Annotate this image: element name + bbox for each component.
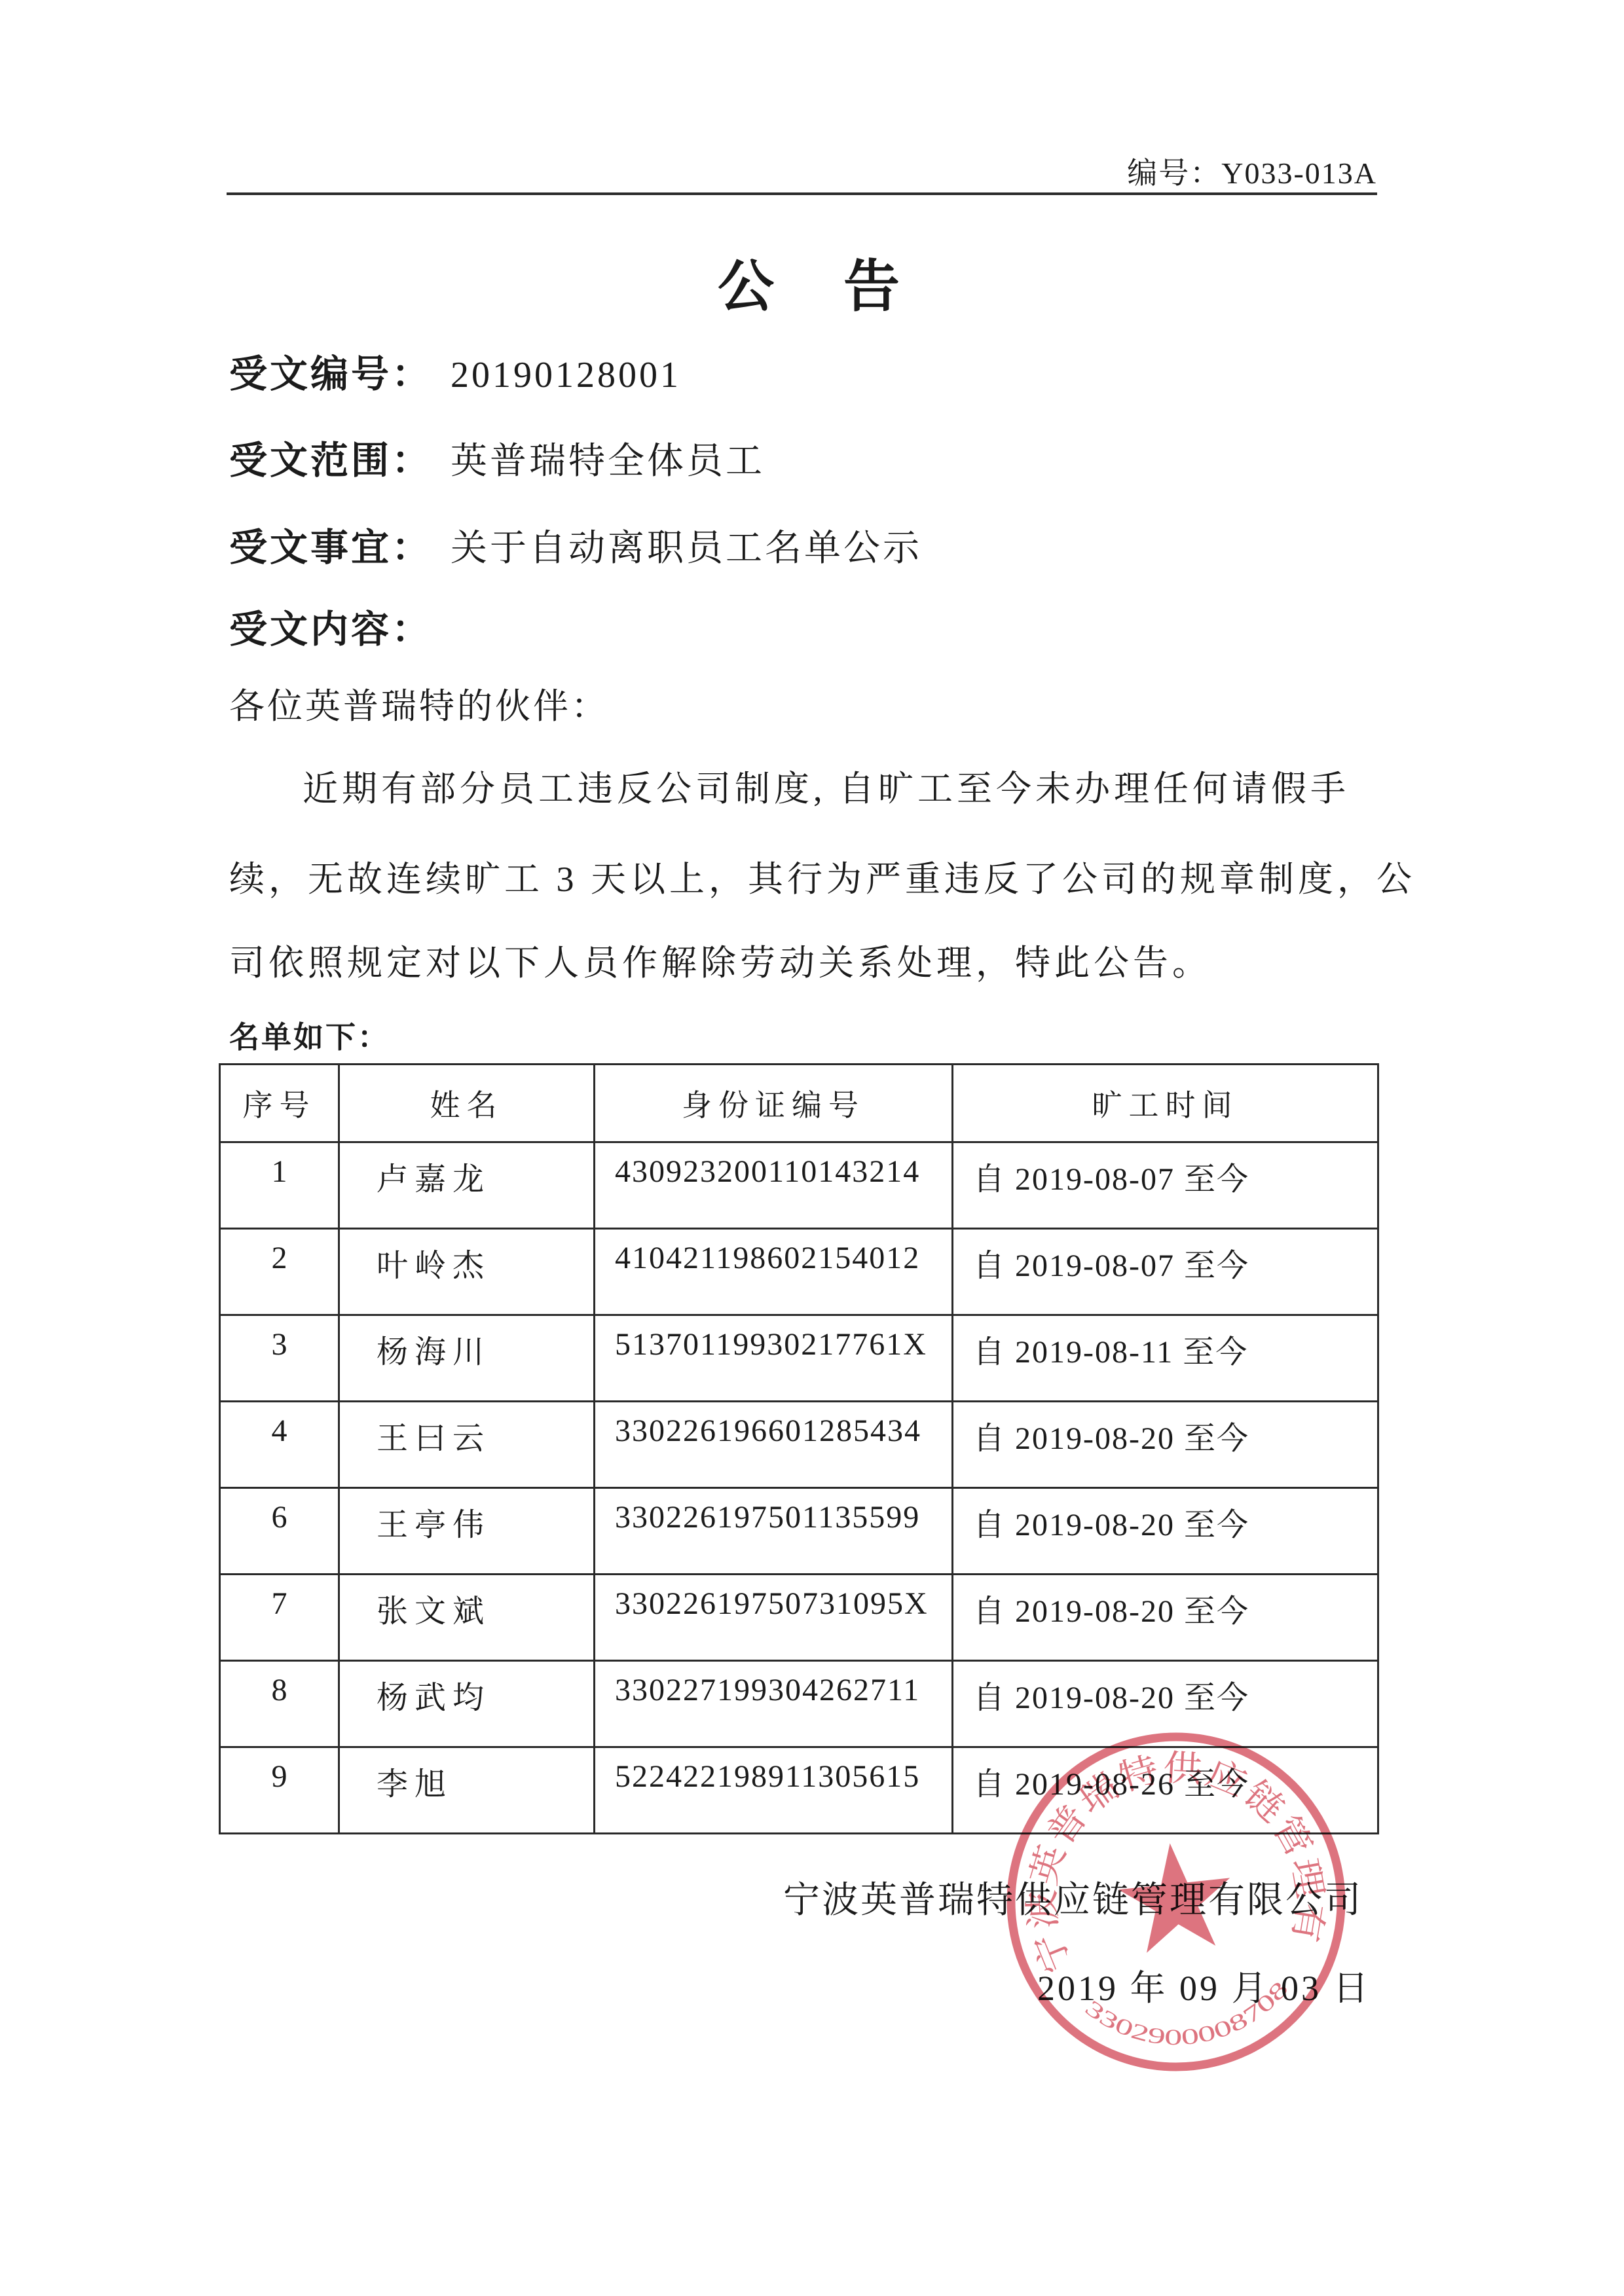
table-header-row: 序号姓名身份证编号旷工时间 (220, 1065, 1378, 1142)
table-cell: 7 (220, 1575, 339, 1661)
table-cell: 51370119930217761X (595, 1315, 953, 1402)
table-cell: 8 (220, 1661, 339, 1747)
field-content: 受文内容： (229, 598, 451, 648)
table-row: 4王曰云330226196601285434自 2019-08-20 至今 (220, 1402, 1378, 1488)
table-cell: 自 2019-08-20 至今 (953, 1488, 1378, 1575)
table-row: 2叶岭杰410421198602154012自 2019-08-07 至今 (220, 1229, 1378, 1315)
table-cell: 王亭伟 (339, 1488, 595, 1575)
field-label: 受文范围： (229, 439, 432, 482)
table-cell: 李旭 (339, 1747, 595, 1834)
table-cell: 张文斌 (339, 1575, 595, 1661)
table-cell: 叶岭杰 (339, 1229, 595, 1315)
table-cell: 4 (220, 1402, 339, 1488)
table-cell: 6 (220, 1488, 339, 1575)
table-cell: 杨武均 (339, 1661, 595, 1747)
field-label: 受文内容： (229, 608, 432, 651)
table-row: 1卢嘉龙430923200110143214自 2019-08-07 至今 (220, 1142, 1378, 1229)
seal-star-icon (1114, 1838, 1236, 1956)
field-subject: 受文事宜：关于自动离职员工名单公示 (229, 517, 922, 566)
table-cell: 自 2019-08-20 至今 (953, 1402, 1378, 1488)
field-value: 20190128001 (451, 355, 681, 395)
table-cell: 410421198602154012 (595, 1229, 953, 1315)
salutation: 各位英普瑞特的伙伴： (229, 678, 609, 729)
seal-number-text: 3302900008708 (1079, 1975, 1298, 2060)
field-label: 受文事宜： (229, 526, 432, 569)
table-header-cell: 姓名 (339, 1065, 595, 1142)
body-line: 续，无故连续旷工 3 天以上，其行为严重违反了公司的规章制度，公 (229, 851, 1416, 902)
table-cell: 杨海川 (339, 1315, 595, 1402)
table-header-cell: 序号 (220, 1065, 339, 1142)
page-title: 公 告 (0, 241, 1624, 322)
table-cell: 522422198911305615 (595, 1747, 953, 1834)
table-cell: 王曰云 (339, 1402, 595, 1488)
table-cell: 430923200110143214 (595, 1142, 953, 1229)
company-seal-stamp: 宁波英普瑞特供应链管理有限公司 3302900008708 (974, 1700, 1377, 2103)
table-cell: 1 (220, 1142, 339, 1229)
doc-number: 编号：Y033-013A (1127, 149, 1377, 192)
field-doc-id: 受文编号：20190128001 (229, 343, 681, 393)
table-cell: 自 2019-08-11 至今 (953, 1315, 1378, 1402)
field-scope: 受文范围：英普瑞特全体员工 (229, 429, 765, 479)
table-cell: 自 2019-08-07 至今 (953, 1142, 1378, 1229)
table-cell: 9 (220, 1747, 339, 1834)
header-rule (227, 192, 1377, 195)
table-row: 7张文斌33022619750731095X自 2019-08-20 至今 (220, 1575, 1378, 1661)
table-header-cell: 身份证编号 (595, 1065, 953, 1142)
svg-text:3302900008708: 3302900008708 (1079, 1975, 1298, 2060)
field-label: 受文编号： (229, 353, 432, 395)
table-cell: 330226196601285434 (595, 1402, 953, 1488)
table-row: 3杨海川51370119930217761X自 2019-08-11 至今 (220, 1315, 1378, 1402)
table-cell: 330226197501135599 (595, 1488, 953, 1575)
field-value: 关于自动离职员工名单公示 (451, 528, 922, 569)
table-cell: 33022619750731095X (595, 1575, 953, 1661)
table-cell: 330227199304262711 (595, 1661, 953, 1747)
body-line: 司依照规定对以下人员作解除劳动关系处理，特此公告。 (229, 935, 1211, 985)
body-line: 近期有部分员工违反公司制度, 自旷工至今未办理任何请假手 (229, 761, 1350, 811)
table-cell: 3 (220, 1315, 339, 1402)
table-cell: 卢嘉龙 (339, 1142, 595, 1229)
table-cell: 自 2019-08-07 至今 (953, 1229, 1378, 1315)
table-cell: 自 2019-08-20 至今 (953, 1575, 1378, 1661)
table-cell: 2 (220, 1229, 339, 1315)
field-value: 英普瑞特全体员工 (451, 441, 765, 482)
table-header-cell: 旷工时间 (953, 1065, 1378, 1142)
list-intro: 名单如下： (229, 1013, 390, 1057)
table-row: 6王亭伟330226197501135599自 2019-08-20 至今 (220, 1488, 1378, 1575)
